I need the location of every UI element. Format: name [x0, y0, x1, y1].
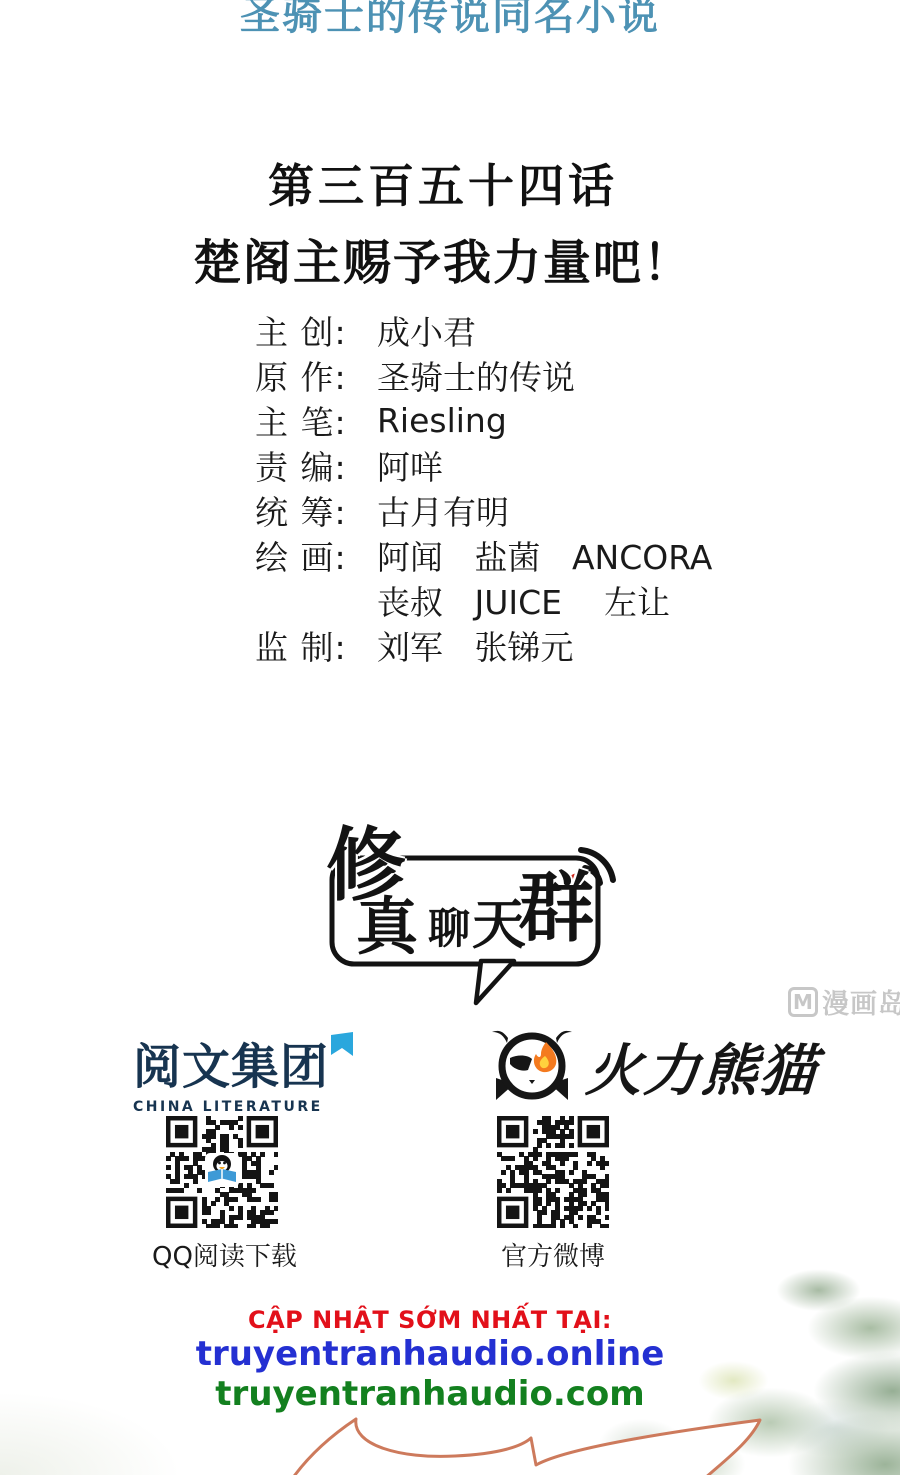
china-literature-flag-icon — [331, 1032, 353, 1062]
credit-role: 责 编: — [255, 442, 377, 489]
credit-role: 主 创: — [255, 307, 377, 354]
manhuadao-watermark: M 漫画岛 — [788, 982, 900, 1021]
china-literature-en: CHINA LITERATURE — [133, 1099, 373, 1115]
chapter-title: 第三百五十四话 楚阁主赐予我力量吧！ — [0, 150, 886, 293]
china-literature-logo: 阅文集团 CHINA LITERATURE — [133, 1028, 373, 1115]
source-novel-note: 圣骑士的传说同名小说 — [0, 0, 900, 41]
comic-credits-page: 圣骑士的传说同名小说 第三百五十四话 楚阁主赐予我力量吧！ 主 创: 成小君 原… — [0, 0, 900, 1475]
credit-role: 原 作: — [255, 352, 377, 399]
chapter-name: 楚阁主赐予我力量吧！ — [0, 224, 886, 293]
chapter-number: 第三百五十四话 — [0, 150, 886, 216]
manhuadao-label: 漫画岛 — [822, 982, 900, 1021]
series-logo: 修 真 聊 天 群 — [300, 822, 630, 1017]
logo-char-qun: 群 — [518, 870, 594, 946]
weibo-qr-block: 官方微博 — [483, 1116, 623, 1273]
credit-role: 监 制: — [255, 622, 377, 669]
logo-char-zhen: 真 — [356, 896, 418, 958]
staff-credits: 主 创: 成小君 原 作: 圣骑士的传说 主 笔: Riesling 责 编: … — [255, 308, 712, 668]
credit-name: 阿咩 — [377, 442, 443, 489]
credit-name: 阿闻 盐菌 ANCORA — [377, 532, 712, 579]
huoli-panda-label: 火力熊猫 — [584, 1027, 820, 1107]
credit-name: 丧叔 JUICE 左让 — [377, 577, 670, 624]
manhuadao-m-icon: M — [788, 987, 818, 1017]
qq-read-qr-label: QQ阅读下载 — [152, 1236, 292, 1273]
credit-name: 古月有明 — [377, 487, 509, 534]
credit-row: 监 制: 刘军 张锑元 — [255, 623, 712, 668]
panda-icon — [488, 1024, 576, 1110]
huoli-panda-logo: 火力熊猫 — [488, 1024, 818, 1110]
credit-row: 主 笔: Riesling — [255, 398, 712, 443]
next-panel-bubble-edge — [0, 1413, 900, 1475]
qq-penguin-icon — [203, 1151, 241, 1193]
credit-name: 成小君 — [377, 307, 476, 354]
qq-read-qr-block: QQ阅读下载 — [152, 1116, 292, 1273]
credit-name: 圣骑士的传说 — [377, 352, 575, 399]
credit-row: 责 编: 阿咩 — [255, 443, 712, 488]
credit-role: 统 筹: — [255, 487, 377, 534]
credit-row: 统 筹: 古月有明 — [255, 488, 712, 533]
credit-row: 丧叔 JUICE 左让 — [255, 578, 712, 623]
credit-row: 绘 画: 阿闻 盐菌 ANCORA — [255, 533, 712, 578]
logo-char-liao: 聊 — [428, 908, 470, 950]
credit-row: 主 创: 成小君 — [255, 308, 712, 353]
weibo-qr-code — [497, 1116, 609, 1228]
credit-role: 主 笔: — [255, 397, 377, 444]
credit-name: Riesling — [377, 401, 507, 440]
credit-row: 原 作: 圣骑士的传说 — [255, 353, 712, 398]
china-literature-cn: 阅文集团 — [133, 1039, 329, 1095]
credit-role: 绘 画: — [255, 532, 377, 579]
credit-name: 刘军 张锑元 — [377, 622, 573, 669]
